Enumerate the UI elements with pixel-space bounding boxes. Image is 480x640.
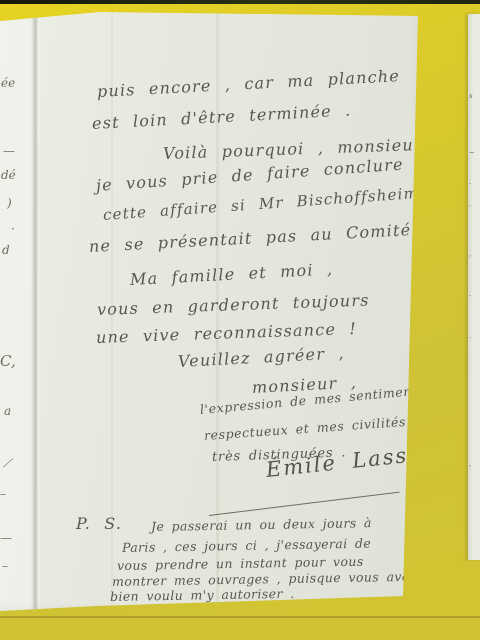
right-page-fragment: - (469, 180, 471, 188)
letter-line: Ma famille et moi , (130, 259, 334, 289)
left-page-fragment: C, (0, 352, 16, 370)
yellow-backing-fold (0, 616, 480, 640)
left-page-fragment: d (2, 243, 10, 257)
paper-right-shadow (409, 0, 425, 640)
left-page-fragment: – (0, 487, 6, 501)
left-page-fragment: — (3, 144, 15, 158)
letter-line: ne se présentait pas au Comité . (89, 219, 432, 256)
photo-top-edge (0, 0, 480, 4)
letter-line: une vive reconnaissance ! (96, 319, 358, 347)
paper-bottom-shadow (0, 602, 480, 616)
right-page-fragment: · (469, 334, 471, 342)
right-page-fragment: - (469, 292, 471, 300)
letter-line: puis encore , car ma planche (97, 66, 401, 101)
left-page-fragment: dé (1, 168, 16, 182)
left-page-fragment: ) (7, 196, 12, 210)
postscript-line: bien voulu m'y autoriser . (110, 586, 295, 604)
left-page-fragment: – (2, 559, 8, 573)
adjacent-page-edge: s ~ - · ‚ - · - (468, 14, 480, 560)
letter-closing-line: respectueux et mes civilités (203, 414, 406, 443)
left-page-fragment: ⟋ (3, 456, 11, 471)
left-page-fragment: ée (1, 76, 15, 90)
letter-photograph: puis encore , car ma planche est loin d'… (0, 0, 480, 640)
letter-closing-line: Veuillez agréer , (178, 343, 346, 371)
letter-line: est loin d'être terminée . (92, 100, 352, 133)
right-page-fragment: - (469, 462, 471, 470)
right-page-fragment: ‚ (469, 250, 471, 258)
right-page-fragment: ~ (469, 149, 475, 157)
left-page-fragment: · (11, 222, 15, 236)
postscript-label: P. S. (76, 514, 122, 533)
right-page-fragment: · (469, 202, 471, 210)
letter-sheet: puis encore , car ma planche est loin d'… (0, 0, 480, 640)
left-page-fragment: — (0, 531, 12, 545)
left-page-fragment: a (4, 404, 11, 418)
postscript-line: Paris , ces jours ci , j'essayerai de (122, 536, 371, 555)
letter-line: vous en garderont toujours (97, 290, 370, 319)
fold-crease-left (31, 0, 41, 640)
postscript-line: Je passerai un ou deux jours à (151, 515, 372, 534)
right-page-fragment: s (469, 92, 473, 100)
